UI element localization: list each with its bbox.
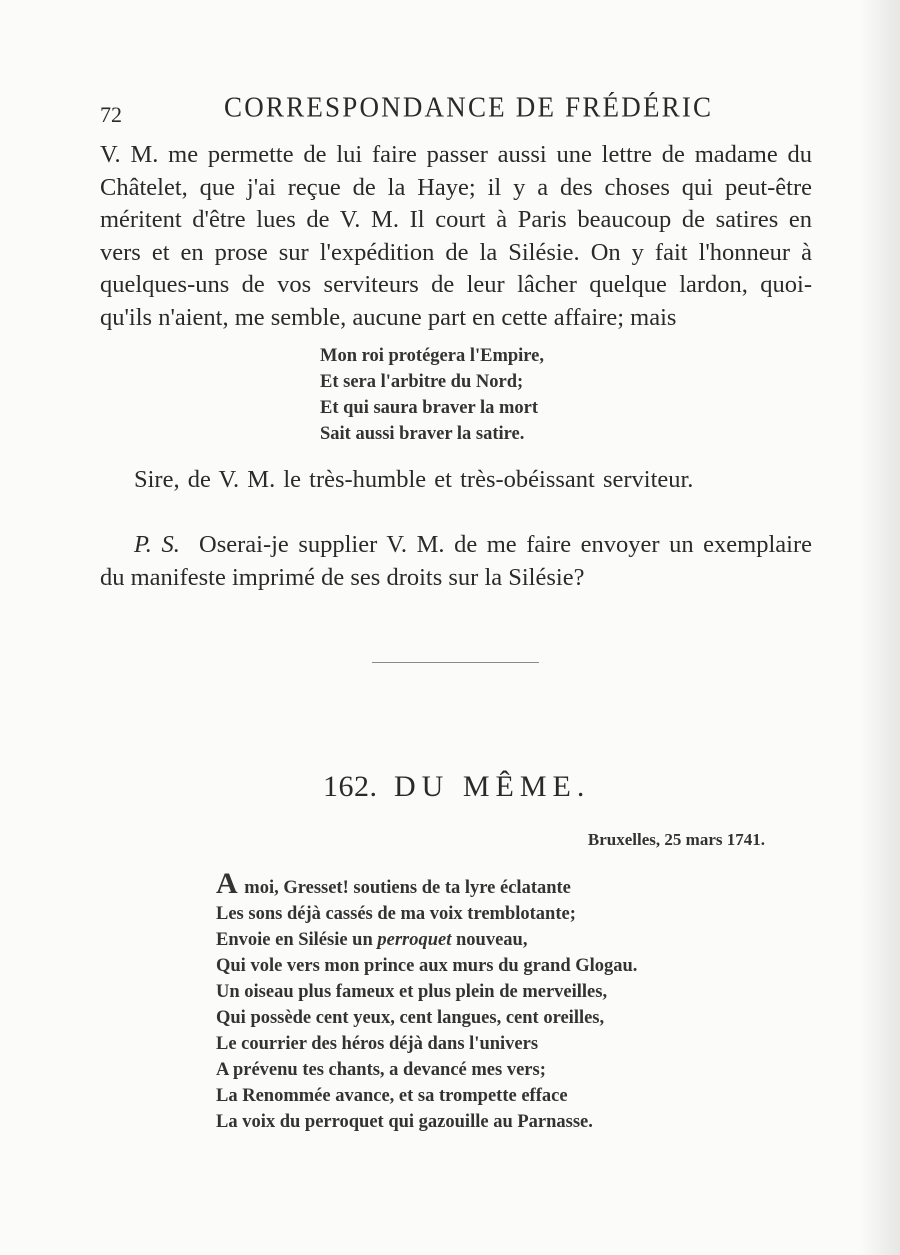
poem-line: Le courrier des héros déjà dans l'univer… (216, 1031, 637, 1057)
section-divider (372, 662, 539, 663)
poem-line: La voix du perroquet qui gazouille au Pa… (216, 1109, 637, 1135)
poem-line: Les sons déjà cassés de ma voix tremblot… (216, 901, 637, 927)
quoted-verse: Mon roi protégera l'Empire, Et sera l'ar… (320, 343, 544, 447)
text-line: Châtelet, que j'ai reçue de la Haye; il … (100, 172, 812, 205)
postscript-line-2: du manifeste imprimé de ses droits sur l… (100, 562, 812, 595)
poem-line: Envoie en Silésie un perroquet nouveau, (216, 927, 637, 953)
poem: A moi, Gresset! soutiens de ta lyre écla… (216, 874, 637, 1135)
text-line: V. M. me permette de lui faire passer au… (100, 139, 812, 172)
letter-number: 162. (323, 770, 378, 803)
poem-line: La Renommée avance, et sa trompette effa… (216, 1083, 637, 1109)
text-line: quelques-uns de vos serviteurs de leur l… (100, 269, 812, 302)
verse-line: Sait aussi braver la satire. (320, 421, 544, 447)
verse-line: Et qui saura braver la mort (320, 395, 544, 421)
postscript-text: Oserai-je supplier V. M. de me faire env… (199, 531, 812, 558)
drop-initial: A (216, 867, 238, 900)
poem-line: Un oiseau plus fameux et plus plein de m… (216, 979, 637, 1005)
postscript: P. S. Oserai-je supplier V. M. de me fai… (100, 529, 812, 594)
text-line: vers et en prose sur l'expédition de la … (100, 237, 812, 270)
poem-line: A moi, Gresset! soutiens de ta lyre écla… (216, 874, 637, 901)
running-head: CORRESPONDANCE DE FRÉDÉRIC (224, 91, 713, 124)
poem-line: Qui possède cent yeux, cent langues, cen… (216, 1005, 637, 1031)
poem-line-text: Envoie en Silésie un (216, 930, 377, 950)
verse-line: Mon roi protégera l'Empire, (320, 343, 544, 369)
page-number: 72 (100, 102, 122, 128)
page-header: 72 CORRESPONDANCE DE FRÉDÉRIC (100, 92, 820, 132)
letter-paragraph: V. M. me permette de lui faire passer au… (100, 139, 812, 334)
letter-heading: 162. DU MÊME. (323, 770, 590, 804)
verse-line: Et sera l'arbitre du Nord; (320, 369, 544, 395)
letter-title: DU MÊME. (394, 770, 590, 803)
text-line: méritent d'être lues de V. M. Il court à… (100, 204, 812, 237)
italic-word: perroquet (377, 930, 451, 950)
poem-line-text: nouveau, (451, 930, 527, 950)
text-line: qu'ils n'aient, me semble, aucune part e… (100, 302, 812, 335)
poem-line: Qui vole vers mon prince aux murs du gra… (216, 953, 637, 979)
poem-line-text: moi, Gresset! soutiens de ta lyre éclata… (240, 878, 571, 898)
page-edge-shadow (860, 0, 900, 1255)
postscript-label: P. S. (134, 531, 180, 558)
postscript-line-1: P. S. Oserai-je supplier V. M. de me fai… (100, 529, 812, 562)
dateline: Bruxelles, 25 mars 1741. (588, 830, 765, 850)
letter-closing: Sire, de V. M. le très-humble et très-ob… (134, 464, 693, 496)
poem-line: A prévenu tes chants, a devancé mes vers… (216, 1057, 637, 1083)
